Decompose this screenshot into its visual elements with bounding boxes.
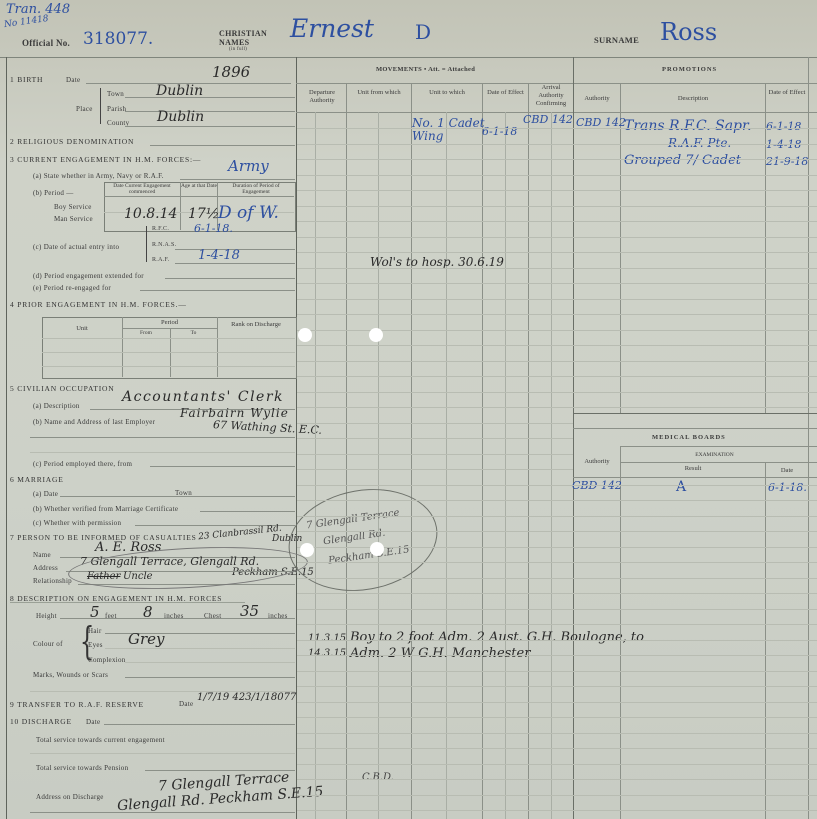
- movement-note-hospital: Wol's to hosp. 30.6.19: [370, 255, 504, 269]
- man-service-duration: D of W.: [218, 203, 279, 223]
- section-discharge-title: 10 DISCHARGE: [10, 717, 72, 726]
- marriage-permission-label: (c) Whether with permission: [33, 519, 121, 527]
- promotion-2-description: R.A.F. Pte.: [668, 136, 731, 150]
- medical-col-examination: EXAMINATION: [621, 451, 808, 459]
- eyes-label: Eyes: [88, 641, 103, 649]
- birth-date-label: Date: [66, 76, 80, 84]
- medical-col-authority: Authority: [574, 458, 620, 466]
- period-col-duration: Duration of Period of Engagement: [218, 183, 294, 195]
- man-service-date: 10.8.14: [124, 206, 177, 222]
- birth-date-value: 1896: [212, 63, 250, 81]
- movement-entry-3-date: 14.3.15: [308, 648, 346, 659]
- height-label: Height: [36, 612, 57, 620]
- christian-names-label-3: (in full): [229, 47, 247, 52]
- movement-entry-3-text: Adm. 2 W G.H. Manchester: [350, 646, 530, 661]
- promotion-1-description: Trans R.F.C. Sapr.: [624, 118, 752, 134]
- next-of-kin-relationship-label: Relationship: [33, 577, 72, 585]
- movements-col-departure-authority: Departure Authority: [298, 89, 346, 105]
- period-col-date: Date Current Engagement commenced: [106, 183, 178, 195]
- rfc-label: R.F.C.: [152, 226, 169, 232]
- promotions-title: PROMOTIONS: [662, 66, 717, 73]
- official-no-value: 318077.: [83, 29, 153, 49]
- employer-name: Fairbairn Wylie: [180, 406, 289, 420]
- prior-col-to: To: [170, 329, 217, 337]
- occupation-description-value: Accountants' Clerk: [122, 389, 284, 405]
- birth-place-label: Place: [76, 105, 93, 113]
- employer-address: 67 Wathing St. E.C.: [213, 418, 323, 437]
- section-religion-title: 2 RELIGIOUS DENOMINATION: [10, 137, 134, 146]
- medical-boards-title: MEDICAL BOARDS: [652, 434, 726, 441]
- christian-names-value: Ernest: [290, 14, 374, 43]
- promotion-3-description: Grouped 7/ Cadet: [624, 153, 741, 168]
- section-reserve-transfer-title: 9 TRANSFER TO R.A.F. RESERVE: [10, 700, 144, 709]
- promotions-col-authority: Authority: [574, 95, 620, 103]
- movement-entry-1-arrival: CBD 142: [523, 113, 573, 126]
- movement-entry-2-date: 11.3.15: [308, 633, 346, 644]
- next-of-kin-address-label: Address: [33, 564, 58, 572]
- marriage-date-label: (a) Date: [33, 490, 58, 498]
- rnas-label: R.N.A.S.: [152, 242, 176, 248]
- complexion-label: Complexion: [88, 656, 126, 664]
- employer-label: (b) Name and Address of last Employer: [33, 418, 155, 426]
- raf-label: R.A.F.: [152, 257, 170, 263]
- period-employed-label: (c) Period employed there, from: [33, 460, 132, 468]
- section-birth-title: 1 BIRTH: [10, 75, 43, 84]
- discharge-date-label: Date: [86, 718, 100, 726]
- movement-initials: C.B.D.: [362, 772, 394, 783]
- section-current-engagement-title: 3 CURRENT ENGAGEMENT IN H.M. FORCES:—: [10, 155, 201, 164]
- punch-hole: [369, 328, 383, 342]
- marriage-certificate-label: (b) Whether verified from Marriage Certi…: [33, 505, 178, 513]
- marks-label: Marks, Wounds or Scars: [33, 671, 108, 679]
- punch-hole: [300, 543, 314, 557]
- prior-col-from: From: [122, 329, 170, 337]
- medical-col-result: Result: [621, 465, 765, 473]
- service-branch-label: (a) State whether in Army, Navy or R.A.F…: [33, 172, 164, 180]
- reserve-date-label: Date: [179, 700, 193, 708]
- hair-label: Hair: [88, 627, 102, 635]
- eyes-value: Grey: [128, 630, 165, 648]
- christian-names-label: CHRISTIAN: [219, 29, 267, 38]
- movement-entry-1-date: 6-1-18: [482, 125, 517, 138]
- movements-col-date: Date of Effect: [483, 89, 528, 97]
- period-col-age: Age at that Date: [181, 183, 217, 189]
- movements-title: MOVEMENTS • Att. = Attached: [376, 66, 475, 73]
- actual-entry-label: (c) Date of actual entry into: [33, 243, 119, 251]
- movement-entry-2-text: Boy to 2 foot Adm. 2 Aust. G.H. Boulogne…: [350, 630, 644, 645]
- medical-1-result: A: [676, 479, 686, 495]
- movements-col-unit-to: Unit to which: [412, 89, 482, 97]
- section-civilian-occupation-title: 5 CIVILIAN OCCUPATION: [10, 384, 114, 393]
- birth-parish-label: Parish: [107, 105, 126, 113]
- punch-hole: [298, 328, 312, 342]
- section-marriage-title: 6 MARRIAGE: [10, 475, 64, 484]
- colour-of-label: Colour of: [33, 640, 63, 648]
- raf-entry-date: 1-4-18: [198, 248, 240, 263]
- total-current-service-label: Total service towards current engagement: [36, 736, 165, 744]
- service-record-page: Tran. 448 No 11418 Official No. 318077. …: [0, 0, 817, 819]
- movements-col-arrival-authority: Arrival Authority Confirming: [529, 84, 573, 108]
- reserve-date-value: 1/7/19 423/1/18077: [197, 692, 296, 703]
- period-reengaged-label: (e) Period re-engaged for: [33, 284, 111, 292]
- birth-town-label: Town: [107, 90, 124, 98]
- surname-value: Ross: [660, 18, 717, 46]
- total-pension-service-label: Total service towards Pension: [36, 764, 128, 772]
- prior-col-rank: Rank on Discharge: [217, 321, 295, 329]
- movements-col-unit-from: Unit from which: [347, 89, 411, 97]
- punch-hole: [370, 542, 384, 556]
- occupation-description-label: (a) Description: [33, 402, 80, 410]
- promotion-1-date: 6-1-18: [766, 120, 801, 133]
- medical-1-date: 6-1-18.: [768, 481, 807, 494]
- prior-col-period: Period: [122, 319, 217, 327]
- period-label: (b) Period —: [33, 189, 74, 197]
- promotion-3-date: 21-9-18: [766, 155, 808, 168]
- boy-service-label: Boy Service: [54, 203, 92, 211]
- next-of-kin-name-label: Name: [33, 551, 51, 559]
- surname-label: SURNAME: [594, 35, 639, 45]
- next-of-kin-old-address: 23 Clanbrassil Rd.: [198, 524, 283, 543]
- promotions-col-date: Date of Effect: [766, 89, 808, 97]
- section-prior-engagement-title: 4 PRIOR ENGAGEMENT IN H.M. FORCES.—: [10, 300, 187, 309]
- discharge-address-label: Address on Discharge: [36, 793, 104, 801]
- rfc-entry-date: 6-1-18.: [194, 222, 233, 235]
- birth-county-value: Dublin: [157, 109, 204, 125]
- man-service-age: 17½: [188, 206, 219, 222]
- promotions-col-description: Description: [621, 95, 765, 103]
- christian-names-extra: D: [415, 20, 431, 44]
- service-branch-value: Army: [228, 157, 269, 175]
- prior-col-unit: Unit: [42, 325, 122, 333]
- medical-col-date: Date: [766, 467, 808, 475]
- man-service-label: Man Service: [54, 215, 93, 223]
- christian-names-label-2: NAMES: [219, 38, 249, 47]
- period-extended-label: (d) Period engagement extended for: [33, 272, 144, 280]
- official-no-label: Official No.: [22, 38, 70, 48]
